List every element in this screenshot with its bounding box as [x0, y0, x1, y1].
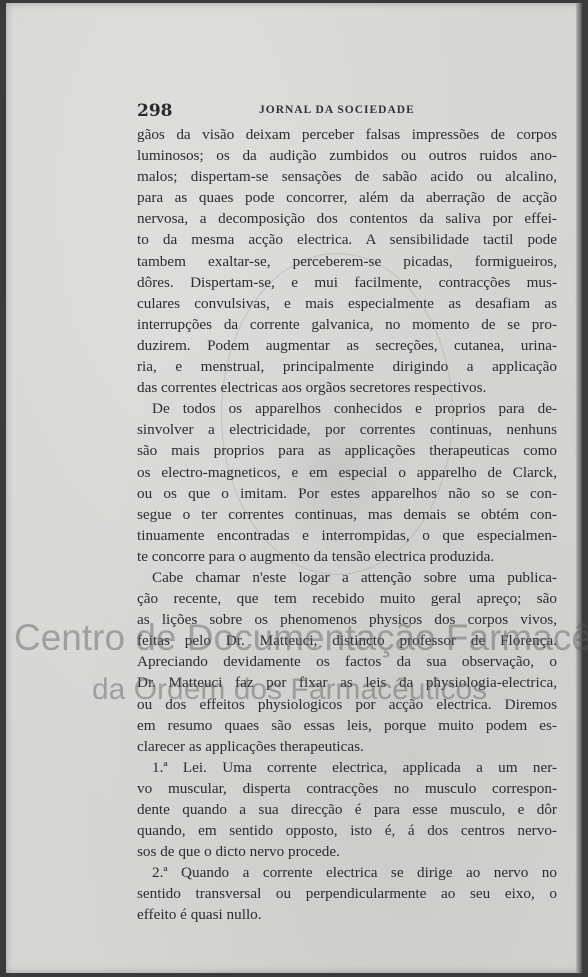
text-line: dente quando a sua direcção é para esse … — [137, 799, 557, 820]
text-line: te concorre para o augmento da tensão el… — [137, 546, 557, 567]
page-number: 298 — [137, 101, 173, 121]
text-line: culares convulsivas, e mais especialment… — [137, 293, 557, 314]
paragraph-start: De todos os apparelhos conhecidos e prop… — [137, 398, 557, 419]
text-line: sos de que o dicto nervo procede. — [137, 841, 557, 862]
text-line: quando, em sentido opposto, isto é, á do… — [137, 820, 557, 841]
text-line: segue o ter correntes continuas, mas dem… — [137, 504, 557, 525]
text-line: ou os que o imitam. Por estes apparelhos… — [137, 483, 557, 504]
text-line: ria, e menstrual, principalmente dirigin… — [137, 356, 557, 377]
text-line: vo muscular, disperta contracções no mus… — [137, 778, 557, 799]
text-line: as lições sobre os phenomenos physicos d… — [137, 609, 557, 630]
text-line: das correntes electricas aos orgãos secr… — [137, 377, 557, 398]
text-line: são mais proprios para as applicações th… — [137, 440, 557, 461]
page-edge-shadow — [576, 3, 582, 973]
text-line: ou dos effeitos physiologicos por acção … — [137, 694, 557, 715]
paragraph-start: Cabe chamar n'este logar a attenção sobr… — [137, 567, 557, 588]
text-line: tinuamente encontradas e interrompidas, … — [137, 525, 557, 546]
text-line: sentido transversal ou perpendicularment… — [137, 883, 557, 904]
text-line: tambem exaltar-se, perceberem-se picadas… — [137, 251, 557, 272]
text-line: effeito é quasi nullo. — [137, 904, 557, 925]
text-line: sinvolver a electricidade, por correntes… — [137, 419, 557, 440]
text-line: luminosos; os da audição zumbidos ou out… — [137, 145, 557, 166]
text-line: gãos da visão deixam perceber falsas imp… — [137, 124, 557, 145]
text-line: os electro-magneticos, e em especial o a… — [137, 462, 557, 483]
scanned-page: 298 JORNAL DA SOCIEDADE gãos da visão de… — [6, 3, 582, 973]
page-header: 298 JORNAL DA SOCIEDADE — [137, 101, 557, 123]
text-line: nervosa, a decomposição dos contentos da… — [137, 208, 557, 229]
text-line: malos; dispertam-se sensações de sabão a… — [137, 166, 557, 187]
text-line: em resumo quaes são essas leis, porque m… — [137, 715, 557, 736]
text-line: interrupções da corrente galvanica, no m… — [137, 314, 557, 335]
text-line: clarecer as applicações therapeuticas. — [137, 736, 557, 757]
paragraph-start: 1.ª Lei. Uma corrente electrica, applica… — [137, 757, 557, 778]
text-line: duzirem. Podem augmentar as secreções, c… — [137, 335, 557, 356]
text-line: feitas pelo Dr. Matteuci, distincto prof… — [137, 630, 557, 651]
text-line: Apreciando devidamente os factos da sua … — [137, 651, 557, 672]
text-line: para as quaes pode concorrer, além da ab… — [137, 187, 557, 208]
text-line: ção recente, que tem recebido muito gera… — [137, 588, 557, 609]
running-head: JORNAL DA SOCIEDADE — [259, 104, 415, 116]
text-line: Dr. Matteuci faz por fixar as leis da ph… — [137, 672, 557, 693]
text-line: dôres. Dispertam-se, e mui facilmente, c… — [137, 272, 557, 293]
paragraph-start: 2.ª Quando a corrente electrica se dirig… — [137, 862, 557, 883]
body-text: gãos da visão deixam perceber falsas imp… — [137, 124, 557, 926]
text-line: to da mesma acção electrica. A sensibili… — [137, 229, 557, 250]
